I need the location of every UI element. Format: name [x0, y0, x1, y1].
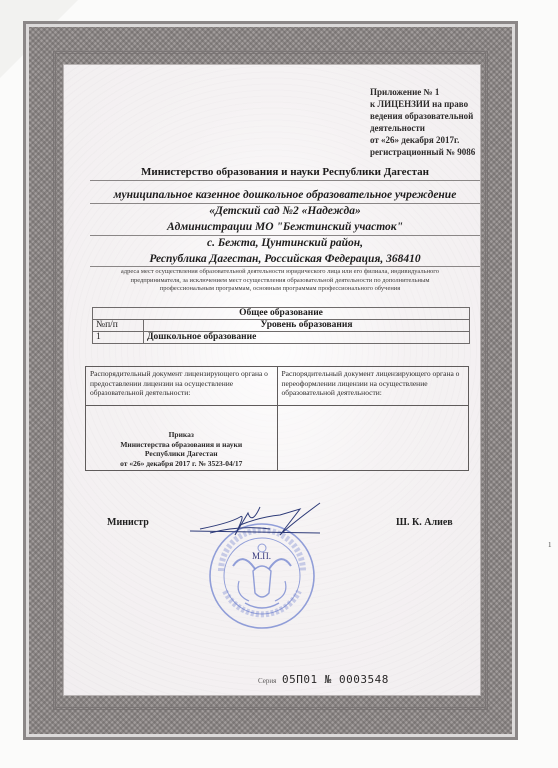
administrative-documents-table: Распорядительный документ лицензирующего… [85, 366, 469, 471]
issuer-title: Министерство образования и науки Республ… [90, 166, 480, 178]
section-title: Общее образование [93, 308, 470, 320]
table-section-row: Общее образование [93, 308, 470, 320]
grant-document-header: Распорядительный документ лицензирующего… [86, 367, 278, 406]
divider [90, 266, 480, 267]
column-header-level: Уровень образования [144, 320, 470, 332]
series-label: Серия [258, 677, 276, 685]
table-header-row: Распорядительный документ лицензирующего… [86, 367, 469, 406]
reissue-order-cell [277, 406, 469, 471]
table-row: 1 Дошкольное образование [93, 332, 470, 344]
signatory-name: Ш. К. Алиев [396, 517, 453, 528]
appendix-header: Приложение № 1 к ЛИЦЕНЗИИ на право веден… [370, 86, 510, 158]
divider [90, 180, 480, 181]
page-mark: 1 [548, 541, 552, 549]
grant-order-cell: Приказ Министерства образования и науки … [86, 406, 278, 471]
organization-name: «Детский сад №2 «Надежда» [90, 203, 480, 219]
handwritten-signature [180, 495, 340, 545]
address-note: адреса мест осуществления образовательно… [85, 268, 475, 294]
divider [90, 203, 480, 204]
signatory-title: Министр [107, 517, 149, 528]
organization-region: Республика Дагестан, Российская Федераци… [90, 251, 480, 267]
divider [90, 235, 480, 236]
organization-type: муниципальное казенное дошкольное образо… [90, 187, 480, 203]
reissue-document-header: Распорядительный документ лицензирующего… [277, 367, 469, 406]
organization-block: муниципальное казенное дошкольное образо… [90, 187, 480, 267]
column-header-number: №п/п [93, 320, 144, 332]
table-header-row: №п/п Уровень образования [93, 320, 470, 332]
svg-text:М.П.: М.П. [252, 551, 271, 561]
organization-administration: Администрации МО "Бежтинский участок" [90, 219, 480, 235]
organization-locality: с. Бежта, Цунтинский район, [90, 235, 480, 251]
series-number: 05П01 № 0003548 [282, 673, 389, 686]
table-row: Приказ Министерства образования и науки … [86, 406, 469, 471]
cell-level: Дошкольное образование [144, 332, 470, 344]
cell-number: 1 [93, 332, 144, 344]
education-levels-table: Общее образование №п/п Уровень образован… [92, 307, 470, 344]
